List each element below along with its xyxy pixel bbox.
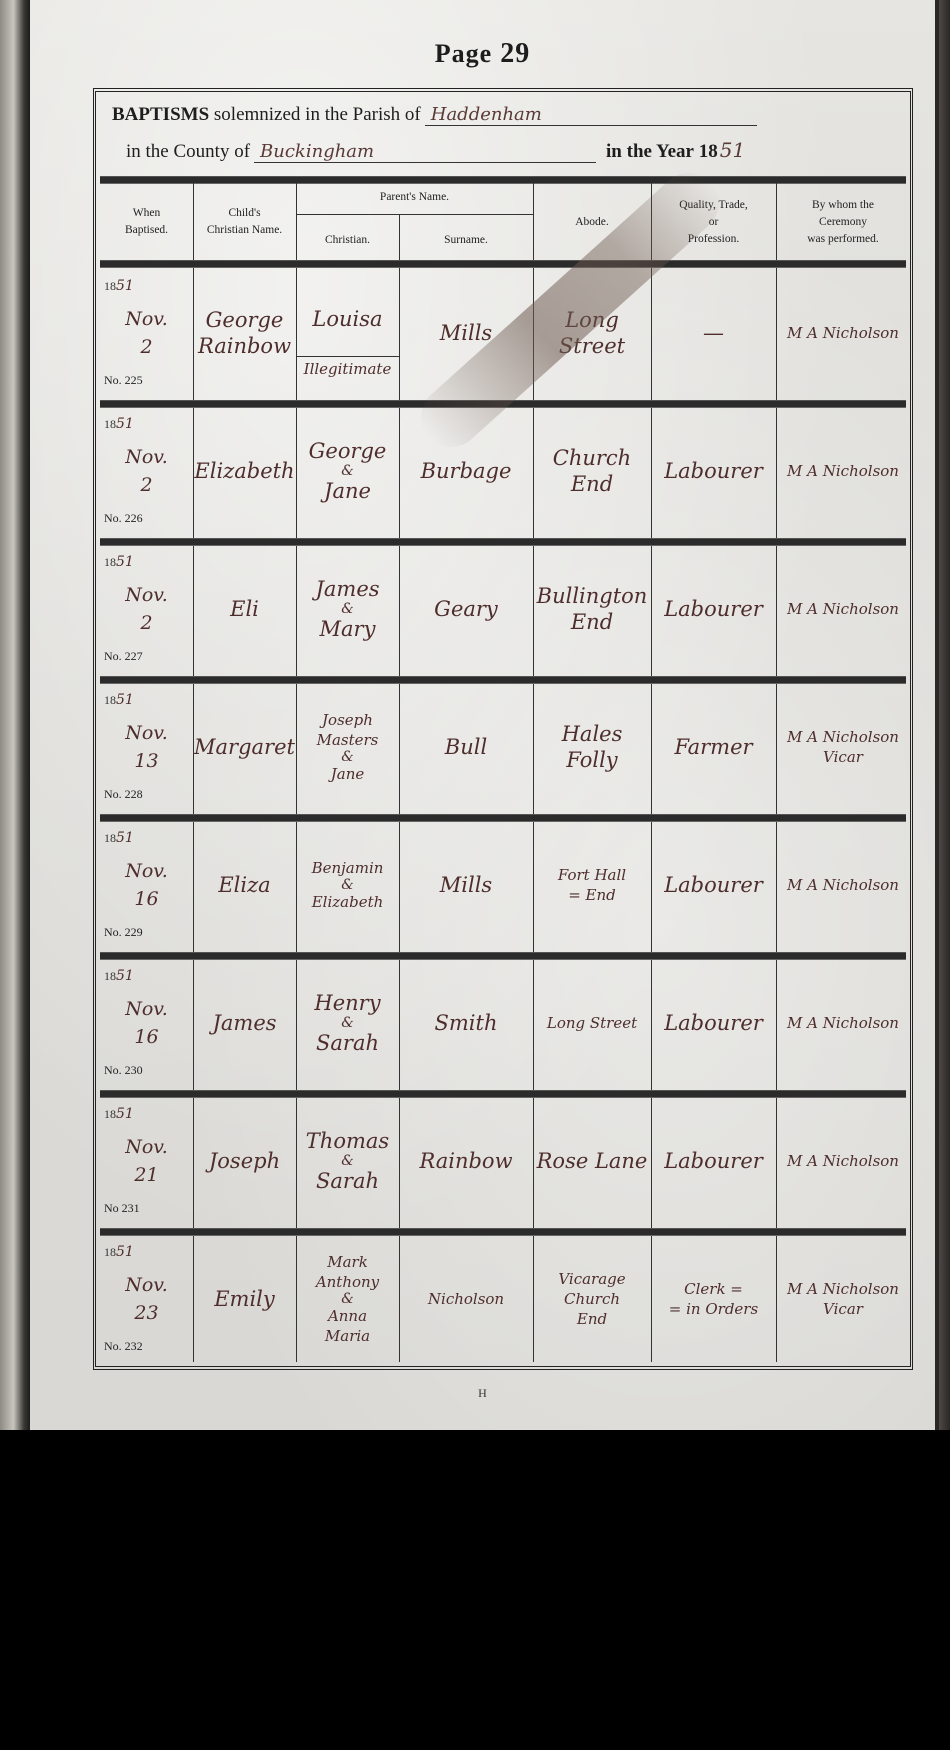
register-title: BAPTISMS solemnized in the Parish of Had… [96, 92, 910, 178]
cell-when: 1851 Nov. 21 No 231 [100, 1096, 193, 1226]
header-officiant: By whom the Ceremony was performed. [776, 184, 910, 260]
parent-christian-name: Benjamin [312, 858, 384, 878]
entry-day: 13 [134, 747, 158, 775]
entry-day: 16 [134, 1023, 158, 1051]
parent-ampersand: & [341, 878, 353, 892]
entry-year: 1851 [104, 272, 134, 300]
year-handwritten: 51 [720, 138, 745, 162]
entry-month: Nov. [125, 305, 168, 333]
officiant-title: Vicar [823, 1299, 863, 1319]
cell-surname: Mills [399, 268, 533, 398]
entry-month: Nov. [125, 995, 168, 1023]
officiant: M A Nicholson [787, 323, 899, 343]
parent-ampersand: & [341, 464, 353, 478]
parent-christian-name: James [315, 576, 379, 602]
rule-header [100, 260, 906, 268]
child-name: James [212, 1010, 276, 1036]
header-parent-christian-label: Christian. [325, 232, 370, 249]
cell-surname: Smith [399, 958, 533, 1088]
entry-month: Nov. [125, 1271, 168, 1299]
parent-christian-name-2: Jane [331, 764, 365, 784]
abode: Church [553, 445, 631, 471]
entry-month: Nov. [125, 443, 168, 471]
page-number: Page29 [30, 38, 935, 70]
parent-christian-name-2: Elizabeth [312, 892, 384, 912]
surname: Mills [440, 320, 492, 346]
quality-2: = in Orders [669, 1299, 758, 1319]
abode: Vicarage [558, 1269, 625, 1289]
officiant: M A Nicholson [787, 461, 899, 481]
parents-divider [296, 214, 533, 215]
entry-month: Nov. [125, 719, 168, 747]
cell-parent-christian: James & Mary [296, 544, 399, 674]
header-parent-surname-label: Surname. [444, 232, 488, 249]
surname: Bull [445, 734, 487, 760]
cell-officiant: M A Nicholson [776, 268, 910, 398]
parent-christian-name-2: Mary [320, 616, 376, 642]
header-quality-l3: Profession. [688, 231, 739, 248]
cell-child: Eliza [193, 820, 296, 950]
cell-child: George Rainbow [193, 268, 296, 398]
entry-year: 1851 [104, 1100, 134, 1128]
cell-quality: — [651, 268, 776, 398]
quality: Labourer [664, 458, 763, 484]
cell-quality: Labourer [651, 820, 776, 950]
baptism-register-table: BAPTISMS solemnized in the Parish of Had… [93, 88, 913, 1370]
surname: Mills [440, 872, 492, 898]
entry-year: 1851 [104, 1238, 134, 1266]
county-name: Buckingham [254, 141, 596, 163]
entry-number: No. 227 [104, 642, 143, 670]
parent-christian-middle: Anthony [316, 1272, 379, 1292]
parish-name: Haddenham [425, 104, 757, 126]
entry-day: 21 [134, 1161, 158, 1189]
officiant: M A Nicholson [787, 727, 899, 747]
abode-3: End [577, 1309, 607, 1329]
parent-ampersand: & [341, 1292, 353, 1306]
cell-quality: Labourer [651, 406, 776, 536]
cell-when: 1851 Nov. 16 No. 229 [100, 820, 193, 950]
cell-quality: Farmer [651, 682, 776, 812]
entry-day: 16 [134, 885, 158, 913]
abode-2: = End [568, 885, 616, 905]
abode-2: Folly [566, 747, 617, 773]
header-parents-label: Parent's Name. [380, 189, 449, 206]
entry-row: 1851 Nov. 2 No. 225 George Rainbow Louis… [96, 268, 910, 398]
header-child: Child's Christian Name. [193, 184, 296, 260]
parent-christian-name-2b: Maria [325, 1326, 370, 1346]
cell-abode: Bullington End [533, 544, 651, 674]
entry-day: 2 [140, 609, 152, 637]
cell-officiant: M A Nicholson [776, 820, 910, 950]
parent-christian-name-2: Jane [324, 478, 371, 504]
entry-day: 2 [140, 471, 152, 499]
child-name: Eli [230, 596, 259, 622]
header-officiant-l3: was performed. [807, 231, 879, 248]
cell-when: 1851 Nov. 16 No. 230 [100, 958, 193, 1088]
abode: Rose Lane [537, 1148, 648, 1174]
cell-child: Emily [193, 1234, 296, 1364]
quality: Labourer [664, 1148, 763, 1174]
officiant: M A Nicholson [787, 875, 899, 895]
entry-number: No. 229 [104, 918, 143, 946]
entry-row: 1851 Nov. 2 No. 227 Eli James & Mary Gea… [96, 544, 910, 674]
entry-row: 1851 Nov. 23 No. 232 Emily Mark Anthony … [96, 1234, 910, 1364]
cell-abode: Hales Folly [533, 682, 651, 812]
cell-parent-christian: Henry & Sarah [296, 958, 399, 1088]
title-year-label: in the Year [606, 141, 694, 163]
cell-officiant: M A Nicholson Vicar [776, 1234, 910, 1364]
header-abode: Abode. [533, 184, 651, 260]
entry-number: No. 225 [104, 366, 143, 394]
cell-abode: Fort Hall = End [533, 820, 651, 950]
entry-row: 1851 Nov. 2 No. 226 Elizabeth George & J… [96, 406, 910, 536]
surname: Burbage [421, 458, 512, 484]
header-when: When Baptised. [100, 184, 193, 260]
cell-child: Margaret [193, 682, 296, 812]
cell-surname: Geary [399, 544, 533, 674]
page-number-value: 29 [500, 38, 530, 69]
cell-when: 1851 Nov. 2 No. 227 [100, 544, 193, 674]
header-parents-group: Parent's Name. [296, 182, 533, 212]
officiant: M A Nicholson [787, 599, 899, 619]
entry-row: 1851 Nov. 21 No 231 Joseph Thomas & Sara… [96, 1096, 910, 1226]
cell-parent-christian: Joseph Masters & Jane [296, 682, 399, 812]
abode: Fort Hall [558, 865, 626, 885]
cell-officiant: M A Nicholson [776, 406, 910, 536]
entry-number: No. 228 [104, 780, 143, 808]
entry-year: 1851 [104, 686, 134, 714]
year-printed: 18 [699, 141, 718, 163]
entry-row: 1851 Nov. 16 No. 230 James Henry & Sarah… [96, 958, 910, 1088]
abode: Long Street [533, 307, 651, 359]
cell-abode: Church End [533, 406, 651, 536]
cell-when: 1851 Nov. 2 No. 225 [100, 268, 193, 398]
entry-month: Nov. [125, 581, 168, 609]
header-abode-label: Abode. [575, 214, 609, 231]
entry-row: 1851 Nov. 13 No. 228 Margaret Joseph Mas… [96, 682, 910, 812]
entry-number: No. 226 [104, 504, 143, 532]
child-name: Joseph [209, 1148, 280, 1174]
cell-parent-christian: Mark Anthony & Anna Maria [296, 1234, 399, 1364]
surname: Geary [434, 596, 498, 622]
header-officiant-l2: Ceremony [819, 214, 867, 231]
cell-abode: Rose Lane [533, 1096, 651, 1226]
parent-christian-name: Joseph [322, 710, 373, 730]
cell-surname: Mills [399, 820, 533, 950]
abode-2: End [571, 471, 613, 497]
header-parent-christian: Christian. [296, 218, 399, 262]
cell-quality: Clerk = = in Orders [651, 1234, 776, 1364]
cell-when: 1851 Nov. 23 No. 232 [100, 1234, 193, 1364]
cell-child: Elizabeth [193, 406, 296, 536]
register-page: Page29 BAPTISMS solemnized in the Parish… [30, 0, 939, 1430]
surname: Nicholson [428, 1289, 504, 1309]
abode-2: End [571, 609, 613, 635]
parent-ampersand: & [341, 1016, 353, 1030]
officiant: M A Nicholson [787, 1151, 899, 1171]
abode: Long Street [547, 1013, 637, 1033]
surname: Smith [435, 1010, 498, 1036]
parent-christian-name: Thomas [306, 1128, 389, 1154]
title-county-label: in the County of [126, 141, 250, 163]
quality: Labourer [664, 872, 763, 898]
parent-christian-name: Mark [327, 1252, 368, 1272]
entry-day: 2 [140, 333, 152, 361]
cell-quality: Labourer [651, 544, 776, 674]
title-parish-label: solemnized in the Parish of [214, 104, 421, 126]
child-name: Elizabeth [194, 458, 294, 484]
header-parent-surname: Surname. [399, 218, 533, 262]
header-child-l1: Child's [228, 205, 260, 222]
surname: Rainbow [419, 1148, 512, 1174]
cell-parent-christian: George & Jane [296, 406, 399, 536]
cell-surname: Rainbow [399, 1096, 533, 1226]
entry-year: 1851 [104, 410, 134, 438]
cell-child: Eli [193, 544, 296, 674]
entry-number: No 231 [104, 1194, 140, 1222]
parent-ampersand: & [341, 750, 353, 764]
officiant-title: Vicar [823, 747, 863, 767]
officiant: M A Nicholson [787, 1279, 899, 1299]
child-name: Margaret [194, 734, 295, 760]
book-binding [0, 0, 30, 1430]
officiant: M A Nicholson [787, 1013, 899, 1033]
cell-quality: Labourer [651, 958, 776, 1088]
header-quality-l1: Quality, Trade, [679, 197, 748, 214]
cell-quality: Labourer [651, 1096, 776, 1226]
parent-christian-name-2: Anna [328, 1306, 367, 1326]
child-name: Emily [214, 1286, 275, 1312]
entry-year: 1851 [104, 824, 134, 852]
cell-surname: Bull [399, 682, 533, 812]
cell-officiant: M A Nicholson Vicar [776, 682, 910, 812]
cell-abode: Long Street [533, 958, 651, 1088]
entry-year: 1851 [104, 548, 134, 576]
parent-christian-name: Henry [314, 990, 380, 1016]
cell-when: 1851 Nov. 13 No. 228 [100, 682, 193, 812]
cell-officiant: M A Nicholson [776, 544, 910, 674]
cell-parent-christian: Louisa Illegitimate [296, 268, 399, 398]
entry-row: 1851 Nov. 16 No. 229 Eliza Benjamin & El… [96, 820, 910, 950]
title-line-county: in the County of Buckingham in the Year … [126, 138, 745, 163]
cell-officiant: M A Nicholson [776, 1096, 910, 1226]
header-quality: Quality, Trade, or Profession. [651, 184, 776, 260]
parent-christian-middle: Masters [317, 730, 379, 750]
quality: Farmer [674, 734, 752, 760]
quality: Labourer [664, 1010, 763, 1036]
parent-note: Illegitimate [296, 356, 399, 379]
cell-abode: Long Street [533, 268, 651, 398]
cell-parent-christian: Benjamin & Elizabeth [296, 820, 399, 950]
entry-month: Nov. [125, 857, 168, 885]
abode-2: Church [564, 1289, 620, 1309]
parent-ampersand: & [341, 602, 353, 616]
header-quality-l2: or [709, 214, 719, 231]
abode: Bullington [537, 583, 648, 609]
cell-officiant: M A Nicholson [776, 958, 910, 1088]
parent-christian-name: George [309, 438, 387, 464]
cell-child: Joseph [193, 1096, 296, 1226]
header-officiant-l1: By whom the [812, 197, 874, 214]
child-name: Eliza [218, 872, 270, 898]
child-name-2: Rainbow [198, 333, 291, 359]
parent-christian-name: Louisa [312, 306, 382, 332]
parent-christian-name-2: Sarah [316, 1030, 379, 1056]
cell-when: 1851 Nov. 2 No. 226 [100, 406, 193, 536]
cell-surname: Burbage [399, 406, 533, 536]
page-label: Page [435, 39, 492, 68]
quality: — [703, 320, 724, 346]
abode: Hales [562, 721, 623, 747]
entry-day: 23 [134, 1299, 158, 1327]
cell-parent-christian: Thomas & Sarah [296, 1096, 399, 1226]
quality: Clerk = [684, 1279, 743, 1299]
entry-month: Nov. [125, 1133, 168, 1161]
child-name: George [206, 307, 284, 333]
entry-number: No. 230 [104, 1056, 143, 1084]
quality: Labourer [664, 596, 763, 622]
entry-number: No. 232 [104, 1332, 143, 1360]
header-when-l2: Baptised. [125, 222, 168, 239]
cell-surname: Nicholson [399, 1234, 533, 1364]
title-baptisms: BAPTISMS [112, 104, 209, 126]
parent-christian-name-2: Sarah [316, 1168, 379, 1194]
title-line-parish: BAPTISMS solemnized in the Parish of Had… [112, 104, 757, 126]
cell-abode: Vicarage Church End [533, 1234, 651, 1364]
entry-year: 1851 [104, 962, 134, 990]
parent-ampersand: & [341, 1154, 353, 1168]
header-child-l2: Christian Name. [207, 222, 282, 239]
cell-child: James [193, 958, 296, 1088]
header-when-l1: When [133, 205, 160, 222]
printer-signature-mark: H [30, 1386, 935, 1401]
